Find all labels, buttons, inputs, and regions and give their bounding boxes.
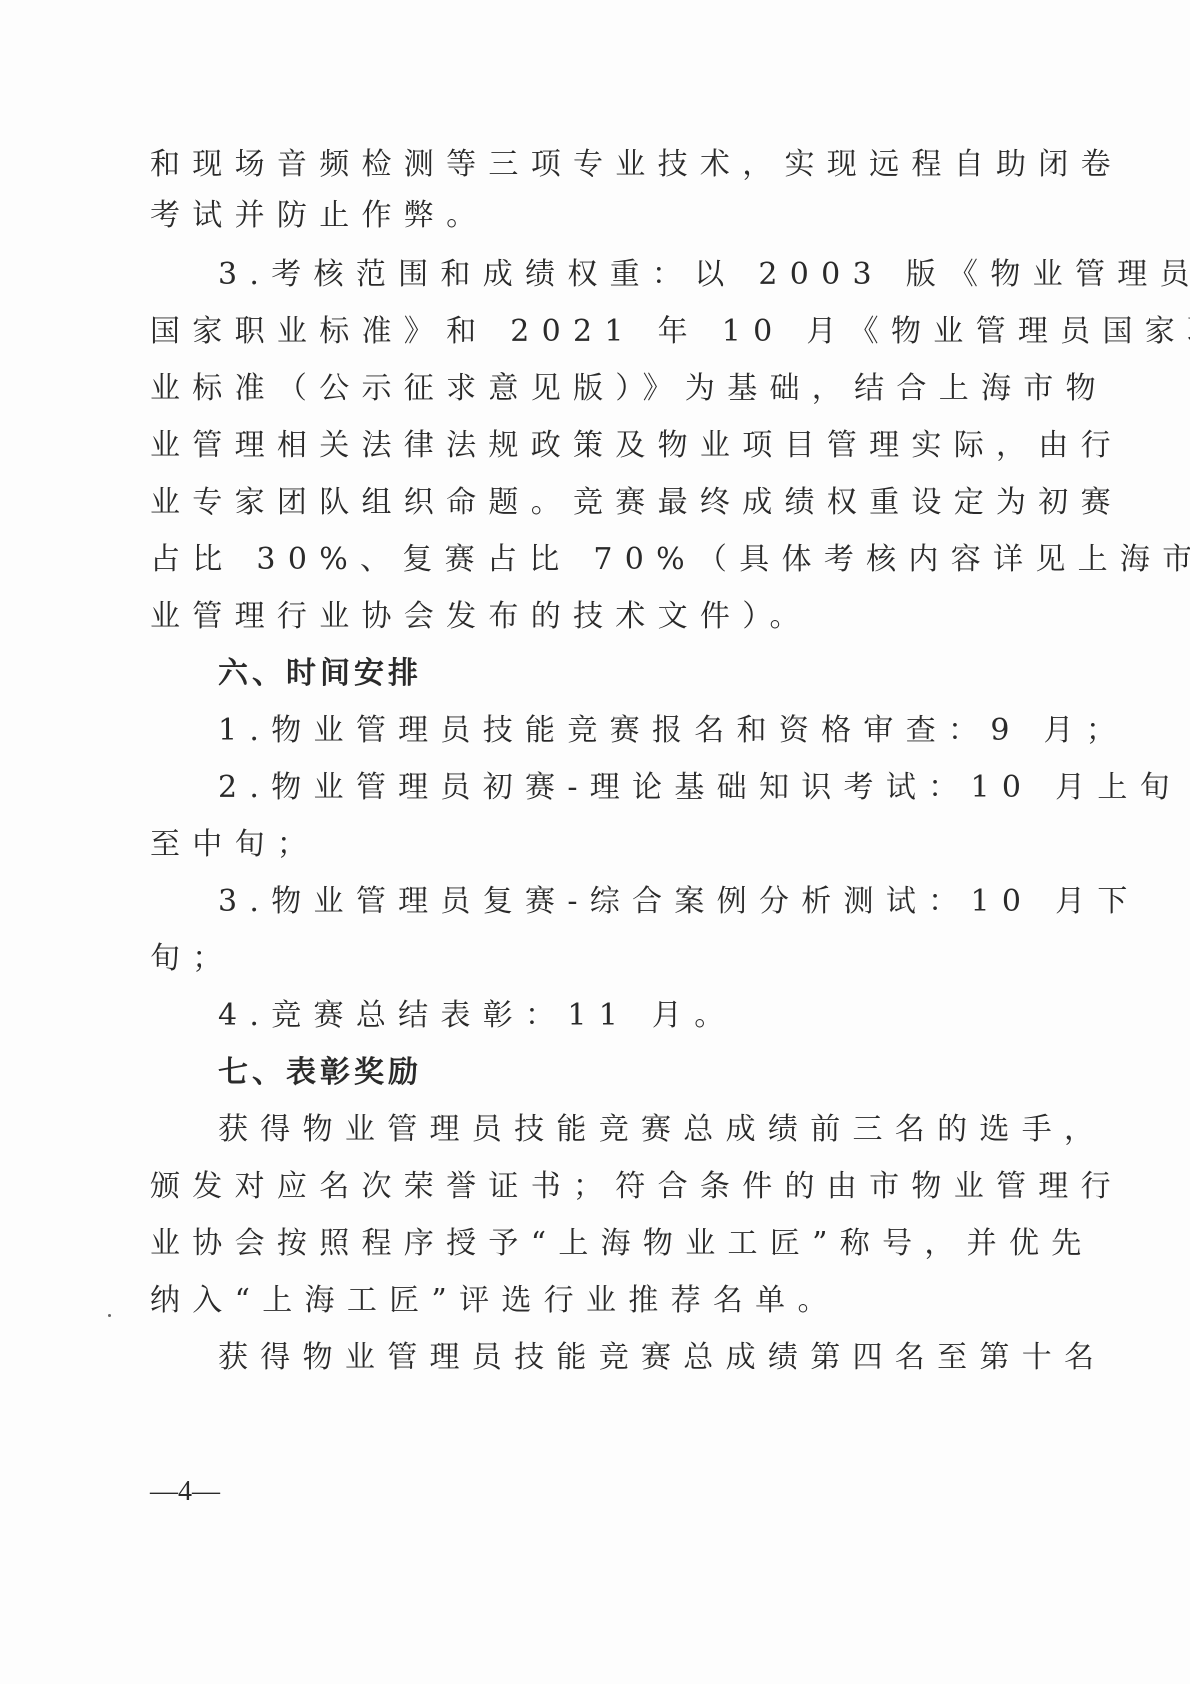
paragraph-line: 考试并防止作弊。	[150, 196, 488, 236]
paragraph-line: 业协会按照程序授予“上海物业工匠”称号，并优先	[150, 1224, 1094, 1264]
scan-speck	[108, 1314, 111, 1317]
paragraph-line: 旬；	[150, 939, 235, 979]
section-heading-schedule: 六、时间安排	[218, 654, 422, 694]
paragraph-line: 纳入“上海工匠”评选行业推荐名单。	[150, 1281, 840, 1321]
paragraph-line: 获得物业管理员技能竞赛总成绩前三名的选手，	[218, 1110, 1106, 1150]
paragraph-line: 业专家团队组织命题。竞赛最终成绩权重设定为初赛	[150, 483, 1123, 523]
schedule-item: 2.物业管理员初赛-理论基础知识考试：10 月上旬	[218, 768, 1182, 808]
schedule-item: 3.物业管理员复赛-综合案例分析测试：10 月下	[218, 882, 1140, 922]
paragraph-line: 颁发对应名次荣誉证书；符合条件的由市物业管理行	[150, 1167, 1123, 1207]
section-heading-awards: 七、表彰奖励	[218, 1053, 422, 1093]
paragraph-line: 和现场音频检测等三项专业技术，实现远程自助闭卷	[150, 145, 1123, 185]
schedule-item: 4.竞赛总结表彰：11 月。	[218, 996, 737, 1036]
paragraph-line: 业管理行业协会发布的技术文件）。	[150, 597, 812, 637]
page-number: —4—	[150, 1476, 220, 1508]
paragraph-line: 业管理相关法律法规政策及物业项目管理实际，由行	[150, 426, 1123, 466]
document-page: 和现场音频检测等三项专业技术，实现远程自助闭卷 考试并防止作弊。 3.考核范围和…	[0, 0, 1190, 1684]
paragraph-line: 业标准（公示征求意见版）》为基础，结合上海市物	[150, 369, 1108, 409]
paragraph-line: 至中旬；	[150, 825, 319, 865]
schedule-item: 1.物业管理员技能竞赛报名和资格审查：9 月；	[218, 711, 1128, 751]
paragraph-line: 获得物业管理员技能竞赛总成绩第四名至第十名	[218, 1338, 1106, 1378]
paragraph-line: 占比 30%、复赛占比 70%（具体考核内容详见上海市物	[150, 540, 1190, 580]
paragraph-line: 3.考核范围和成绩权重：以 2003 版《物业管理员	[218, 255, 1190, 295]
paragraph-line: 国家职业标准》和 2021 年 10 月《物业管理员国家职	[150, 312, 1190, 352]
